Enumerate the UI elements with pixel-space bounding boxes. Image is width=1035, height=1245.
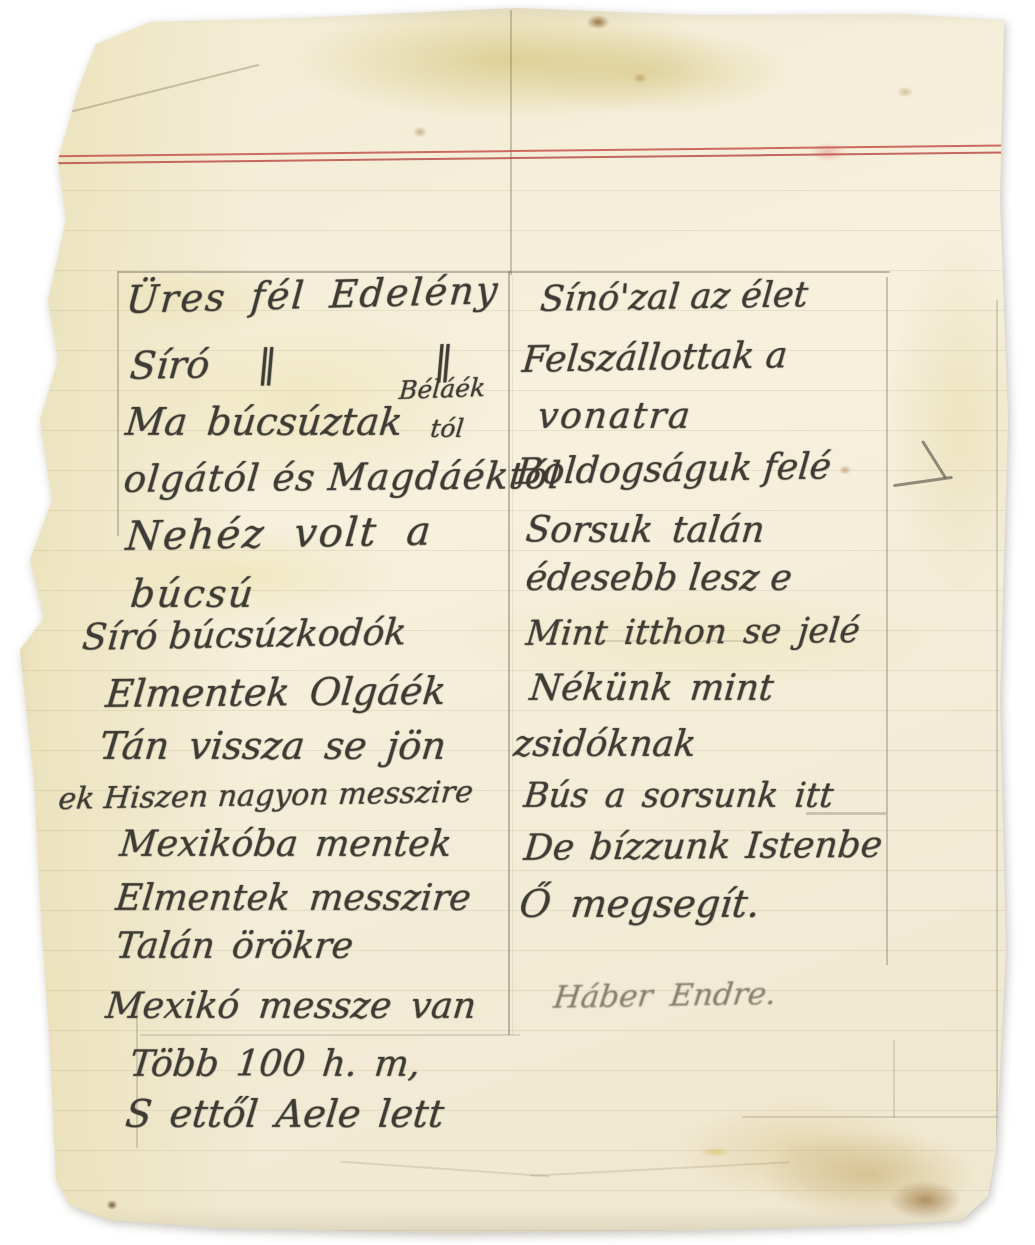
fold-crease-vertical-lower bbox=[512, 275, 513, 1035]
paper-shadow: Üres fél Edelény Síró ‖ ‖ Ma búcsúztak B… bbox=[0, 0, 1035, 1245]
handwritten-line: Síró búcsúzkodók bbox=[80, 612, 408, 659]
handwritten-line: Sínó'zal az élet bbox=[538, 275, 809, 320]
pencil-grid-center bbox=[508, 271, 510, 1035]
signature: Háber Endre. bbox=[552, 976, 779, 1016]
handwritten-line: Több 100 h. m, bbox=[128, 1044, 423, 1085]
pencil-grid-far-right bbox=[996, 300, 998, 1180]
strike-mark bbox=[598, 640, 766, 642]
pencil-grid-bottomright-horizontal bbox=[742, 1116, 1000, 1118]
handwritten-line: Tán vissza se jön bbox=[97, 724, 448, 768]
handwritten-line: Ma búcsúztak bbox=[123, 400, 404, 444]
handwritten-line: De bízzunk Istenbe bbox=[522, 825, 884, 869]
handwritten-line: Talán örökre bbox=[114, 926, 355, 967]
red-margin-line bbox=[0, 144, 1035, 165]
handwritten-line: zsidóknak bbox=[512, 724, 698, 765]
handwritten-line: Mint itthon se jelé bbox=[524, 611, 862, 654]
inserted-word-below: tól bbox=[429, 414, 465, 443]
handwritten-line: Ő megsegít. bbox=[517, 882, 762, 926]
handwritten-line: búcsú bbox=[128, 572, 257, 616]
pencil-grid-left bbox=[117, 271, 119, 536]
handwritten-line: Felszállottak a bbox=[520, 335, 789, 381]
handwritten-line: Nékünk mint bbox=[528, 668, 776, 709]
handwritten-line: Bús a sorsunk itt bbox=[522, 776, 835, 816]
handwritten-line: Sorsuk talán bbox=[524, 510, 767, 551]
fold-crease-vertical bbox=[510, 10, 512, 275]
handwritten-line: Mexikó messze van bbox=[104, 986, 478, 1027]
handwritten-line: S ettől Aele lett bbox=[123, 1092, 446, 1136]
pencil-grid-top bbox=[118, 271, 890, 273]
inserted-word-above: Béláék bbox=[398, 373, 486, 405]
handwritten-line: Boldogságuk felé bbox=[514, 447, 832, 493]
handwritten-line: édesebb lesz e bbox=[524, 558, 794, 599]
handwritten-line: Elmentek messzire bbox=[114, 878, 473, 919]
pencil-grid-bottom-horizontal bbox=[140, 1034, 520, 1036]
pencil-grid-bottomright-vertical bbox=[893, 1040, 895, 1118]
handwritten-line: ek Hiszen nagyon messzire bbox=[57, 775, 475, 817]
scanned-document: Üres fél Edelény Síró ‖ ‖ Ma búcsúztak B… bbox=[0, 0, 1035, 1245]
paper-sheet: Üres fél Edelény Síró ‖ ‖ Ma búcsúztak B… bbox=[0, 0, 1035, 1245]
handwritten-line: olgától és Magdáéktól bbox=[122, 454, 563, 501]
underline-mark bbox=[806, 812, 886, 815]
handwritten-line: vonatra bbox=[536, 396, 694, 437]
handwritten-line: Elmentek Olgáék bbox=[104, 669, 448, 716]
corner-crease bbox=[65, 64, 260, 114]
pencil-grid-right bbox=[886, 277, 888, 965]
handwritten-line: Mexikóba mentek bbox=[118, 824, 454, 865]
handwritten-line: Nehéz volt a bbox=[124, 509, 435, 560]
